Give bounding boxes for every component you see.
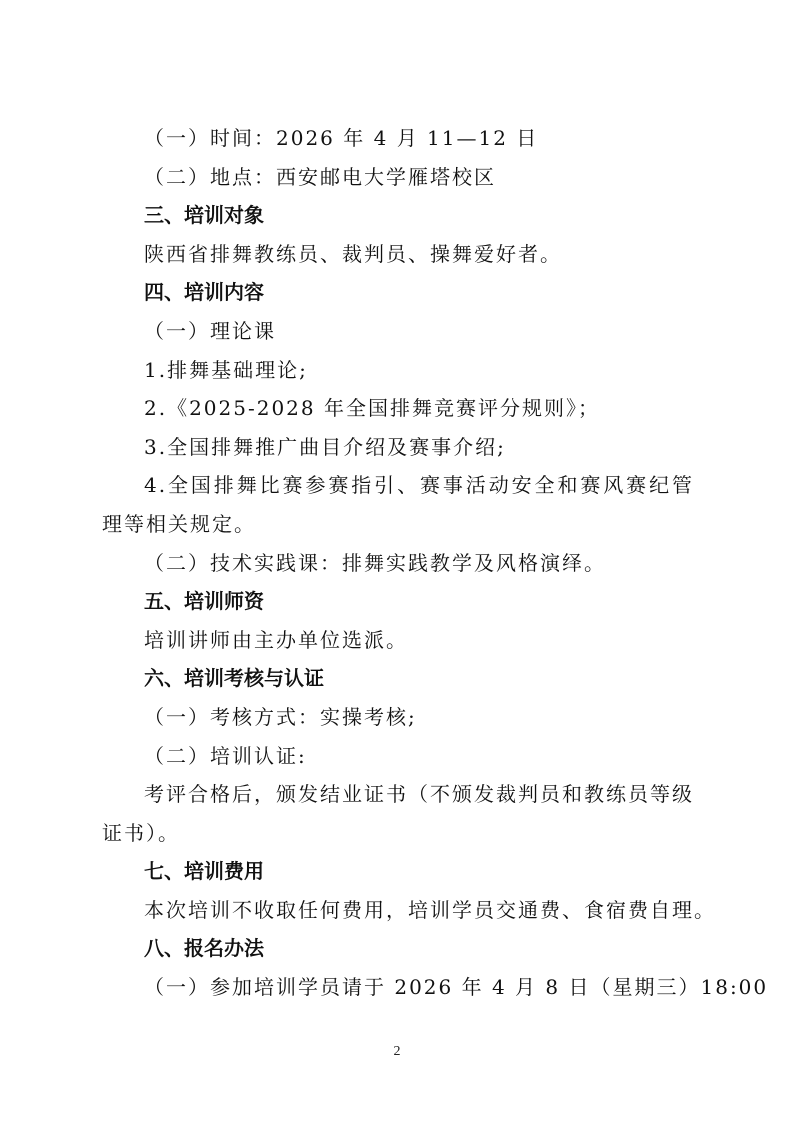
schedule-time: （一）时间：2026 年 4 月 11—12 日	[102, 119, 694, 158]
page-number: 2	[0, 1044, 794, 1060]
schedule-location: （二）地点：西安邮电大学雁塔校区	[102, 158, 694, 197]
subheading-practice: （二）技术实践课：排舞实践教学及风格演绎。	[102, 544, 694, 583]
fees-text: 本次培训不收取任何费用，培训学员交通费、食宿费自理。	[102, 891, 694, 930]
section-heading-content: 四、培训内容	[102, 273, 694, 312]
trainees-text: 陕西省排舞教练员、裁判员、操舞爱好者。	[102, 235, 694, 274]
document-page: （一）时间：2026 年 4 月 11—12 日 （二）地点：西安邮电大学雁塔校…	[0, 0, 794, 1123]
theory-item-1: 1.排舞基础理论;	[102, 351, 694, 390]
certification-text: 考评合格后，颁发结业证书（不颁发裁判员和教练员等级证书）。	[102, 775, 694, 852]
document-body: （一）时间：2026 年 4 月 11—12 日 （二）地点：西安邮电大学雁塔校…	[102, 119, 694, 1007]
section-heading-assessment: 六、培训考核与认证	[102, 659, 694, 698]
certification-subheading: （二）培训认证:	[102, 737, 694, 776]
assessment-method: （一）考核方式：实操考核;	[102, 698, 694, 737]
section-heading-trainees: 三、培训对象	[102, 196, 694, 235]
subheading-theory: （一）理论课	[102, 312, 694, 351]
theory-item-4: 4.全国排舞比赛参赛指引、赛事活动安全和赛风赛纪管理等相关规定。	[102, 466, 694, 543]
registration-item-1: （一）参加培训学员请于 2026 年 4 月 8 日（星期三）18:00	[102, 968, 694, 1007]
theory-item-3: 3.全国排舞推广曲目介绍及赛事介绍;	[102, 428, 694, 467]
theory-item-2: 2.《2025-2028 年全国排舞竞赛评分规则》；	[102, 389, 694, 428]
section-heading-fees: 七、培训费用	[102, 852, 694, 891]
section-heading-registration: 八、报名办法	[102, 929, 694, 968]
section-heading-instructors: 五、培训师资	[102, 582, 694, 621]
instructors-text: 培训讲师由主办单位选派。	[102, 621, 694, 660]
